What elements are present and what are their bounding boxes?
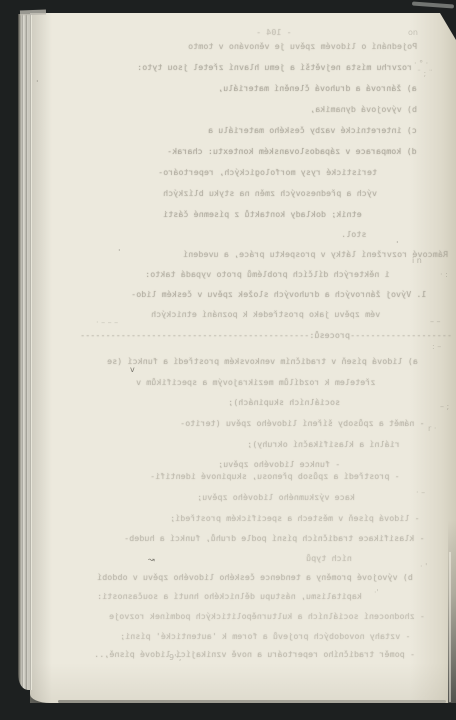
scanned-book-page: Pojednání o lidovém zpěvu je věnováno v … — [0, 0, 456, 720]
mirrored-text-line: 1. Vývoj žánrových a druhových složek zp… — [131, 289, 427, 299]
mirrored-text-line: b) vývojové proměny a tendence českého l… — [97, 572, 413, 582]
margin-artifact: on — [408, 28, 418, 37]
mirrored-text-line: zřetelem k rozdílům mezikrajovým a speci… — [136, 377, 375, 387]
mirrored-text-line: - klasifikace tradičních písní podle dru… — [124, 533, 425, 543]
mirrored-text-line: kapitalismu, nástupu dělnického hnutí a … — [97, 591, 362, 601]
mirrored-text-line: - námět a způsoby šíření lidového zpěvu … — [180, 418, 425, 428]
mirrored-text-line: b) vývojová dynamika, — [310, 104, 417, 114]
margin-artifact: – – — [430, 317, 441, 326]
mirrored-text-line: ních typů — [306, 553, 352, 563]
bleed-through-text-layer: Pojednání o lidovém zpěvu je věnováno v … — [0, 0, 456, 720]
mirrored-text-line: rozvrhu místa největší a jemu hlavní zře… — [137, 62, 412, 72]
margin-artifact: · : — [440, 270, 448, 279]
mirrored-text-line: Pojednání o lidovém zpěvu je věnováno v … — [188, 41, 417, 51]
margin-artifact: i n — [412, 256, 422, 265]
mirrored-text-line: - funkce lidového zpěvu; — [218, 459, 340, 469]
mirrored-text-line: stol. — [341, 229, 366, 239]
mirrored-text-line: vém zpěvu jako prostředek k poznání etni… — [151, 309, 380, 319]
paper-speck: ↝ — [148, 555, 155, 564]
mirrored-text-line: - zhodnocení sociálních a kulturněpoliti… — [109, 611, 425, 621]
mirrored-text-line: sociálních skupinách); — [228, 397, 340, 407]
mirrored-text-line: - lidová píseň v městech a specifickém p… — [170, 513, 420, 523]
mirrored-text-line: vých a přednesových změn na styku blízký… — [163, 188, 377, 198]
mirrored-text-line: etnik; doklady kontaktů z písemné části — [163, 209, 362, 219]
mirrored-text-line: a) lidová píseň v tradičním venkovském p… — [107, 356, 418, 366]
mirrored-text-line: --------------------procesů:------------… — [80, 330, 452, 340]
margin-artifact: · ° · — [414, 59, 428, 68]
margin-artifact: 9'·; — [169, 653, 182, 662]
mirrored-text-line: - poměr tradičního repertoáru a nově vzn… — [94, 649, 415, 659]
mirrored-text-line: - prostředí a způsob přenosu, skupinové … — [150, 471, 400, 481]
margin-artifact: r · — [428, 424, 436, 433]
mirrored-text-line: i některých dílčích problémů proto vypad… — [145, 269, 390, 279]
mirrored-text-line: teristické rysy morfologických, repertoá… — [158, 167, 377, 177]
mirrored-text-line: d) komparace v západoslovanském kontextu… — [167, 146, 417, 156]
margin-artifact: – ; — [440, 402, 449, 411]
paper-speck: · — [118, 246, 121, 255]
margin-artifact: · – – – — [96, 318, 118, 327]
paper-speck: · — [396, 238, 399, 247]
mirrored-text-line: Rámcové rozvržení látky v prospektu prác… — [183, 249, 448, 259]
margin-artifact: ·' — [374, 588, 379, 597]
margin-artifact: ¨ ; ¨ — [417, 69, 433, 78]
mirrored-text-line: riální a klasifikační okruhy); — [247, 439, 400, 449]
mirrored-text-line: kace výzkumného lidového zpěvu; — [197, 492, 355, 502]
mirrored-text-line: c) interetnické vazby českého materiálu … — [208, 125, 417, 135]
mirrored-text-line: - vztahy novodobých projevů a forem k 'a… — [120, 631, 410, 641]
margin-artifact: · ' — [420, 562, 427, 571]
paper-speck: v — [130, 365, 135, 374]
margin-artifact: : – — [432, 342, 441, 351]
mirrored-text-line: a) žánrová a druhová členění materiálu, — [218, 83, 417, 93]
paper-speck: · — [36, 77, 39, 86]
mirrored-page-number: - 104 - — [256, 27, 292, 37]
margin-artifact: · – — [416, 488, 425, 497]
